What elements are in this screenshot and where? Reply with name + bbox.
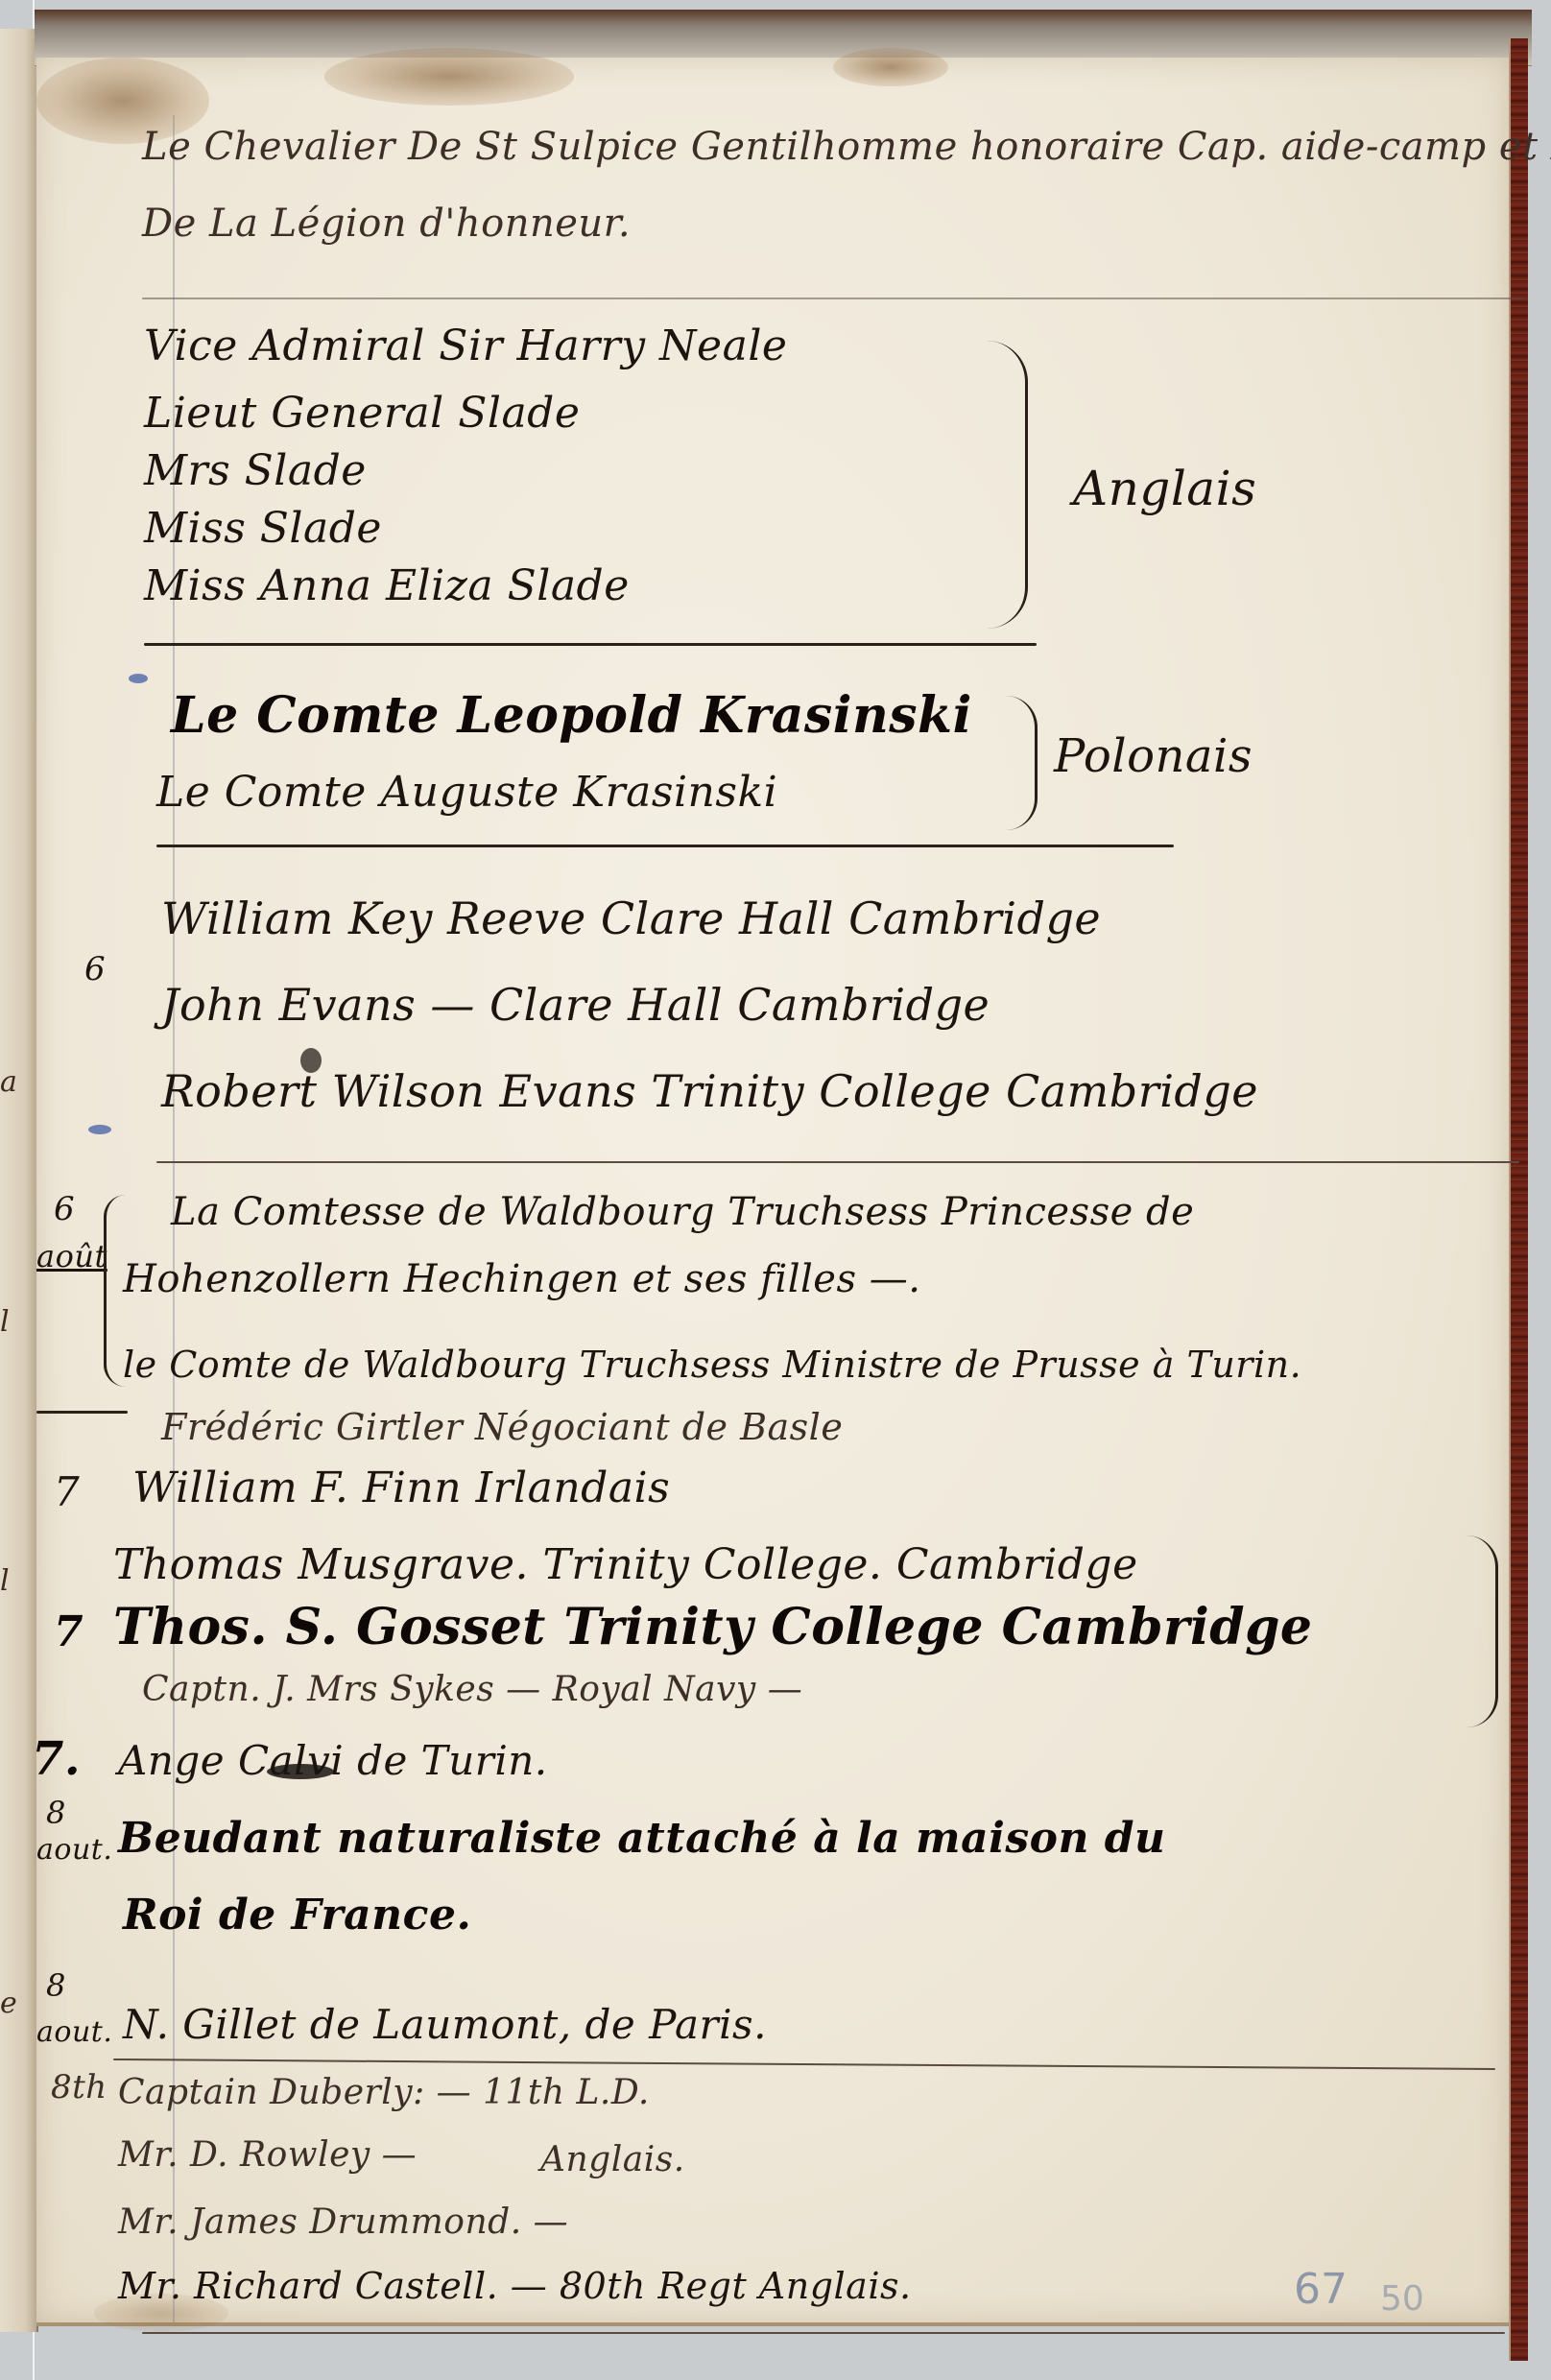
divider [142, 297, 1524, 299]
manuscript-page: Le Chevalier De St Sulpice Gentilhomme h… [36, 58, 1509, 2326]
facing-page-fragment: l [0, 1305, 10, 1339]
entry-date: 6 [84, 950, 106, 988]
nationality-label: Anglais [1073, 461, 1256, 516]
divider [142, 2332, 1505, 2334]
ink-blot [267, 1764, 334, 1779]
guest-entry: Captn. J. Mrs Sykes — Royal Navy — [142, 1670, 802, 1709]
facing-page-fragment: e [0, 1987, 17, 2020]
header-line-2: De La Légion d'honneur. [142, 202, 631, 246]
guest-entry: William F. Finn Irlandais [132, 1464, 670, 1512]
guest-name: Lieut General Slade [144, 389, 580, 438]
entry-date: 7 [54, 1468, 80, 1515]
header-line-1: Le Chevalier De St Sulpice Gentilhomme h… [142, 125, 1551, 169]
guest-entry: Thos. S. Gosset Trinity College Cambridg… [113, 1598, 1313, 1656]
guest-entry: Mr. Richard Castell. — 80th Regt Anglais… [118, 2265, 912, 2307]
guest-entry: Mr. D. Rowley — [118, 2135, 417, 2175]
divider [144, 643, 1037, 646]
guest-entry: le Comte de Waldbourg Truchsess Ministre… [123, 1344, 1301, 1386]
entry-month: août [36, 1238, 107, 1274]
facing-page-edge: a l l e [0, 29, 38, 2332]
entry-date: 7 [54, 1607, 84, 1656]
entry-month: aout. [36, 1833, 112, 1867]
divider [36, 1411, 128, 1414]
guest-entry: Robert Wilson Evans Trinity College Camb… [161, 1065, 1258, 1117]
entry-date: 6 [54, 1190, 75, 1228]
entry-date: 8 [46, 1795, 66, 1831]
facing-page-fragment: l [0, 1564, 10, 1598]
guest-entry: William Key Reeve Clare Hall Cambridge [161, 892, 1101, 944]
nationality-label: Anglais. [540, 2140, 685, 2179]
guest-name: Miss Anna Eliza Slade [144, 561, 630, 610]
facing-page-fragment: a [0, 1065, 17, 1099]
guest-entry: Thomas Musgrave. Trinity College. Cambri… [113, 1540, 1138, 1589]
divider [156, 1161, 1519, 1163]
folio-number: 67 [1294, 2265, 1348, 2314]
guest-entry: La Comtesse de Waldbourg Truchsess Princ… [171, 1190, 1194, 1234]
guest-entry: John Evans — Clare Hall Cambridge [161, 979, 990, 1031]
guest-entry: Beudant naturaliste attaché à la maison … [118, 1814, 1166, 1863]
guest-entry: Captain Duberly: — 11th L.D. [118, 2073, 650, 2112]
guest-name: Miss Slade [144, 504, 382, 553]
ink-blot [300, 1048, 322, 1073]
guest-entry: Hohenzollern Hechingen et ses filles —. [123, 1257, 920, 1301]
water-stain [324, 48, 574, 106]
entry-date: 8 [46, 1967, 66, 2004]
book-spine [1509, 38, 1528, 2361]
guest-name: Le Comte Leopold Krasinski [171, 686, 972, 745]
grouping-brace [1467, 1535, 1498, 1727]
guest-entry-cont: Roi de France. [123, 1891, 471, 1940]
divider [156, 845, 1174, 847]
water-stain [833, 48, 948, 86]
guest-name: Le Comte Auguste Krasinski [156, 768, 777, 817]
entry-month: aout. [36, 2015, 112, 2049]
guest-entry: Mr. James Drummond. — [118, 2202, 568, 2242]
guest-entry: Ange Calvi de Turin. [118, 1737, 548, 1784]
ink-speck [88, 1125, 111, 1134]
guest-name: Vice Admiral Sir Harry Neale [144, 321, 787, 370]
guest-name: Mrs Slade [144, 446, 367, 495]
nationality-label: Polonais [1054, 729, 1253, 783]
ink-speck [129, 674, 148, 683]
entry-date: 8th [51, 2068, 107, 2106]
divider [113, 2059, 1495, 2070]
entry-date: 7. [32, 1732, 81, 1786]
guest-entry: N. Gillet de Laumont, de Paris. [123, 2001, 767, 2048]
folio-number-alt: 50 [1380, 2279, 1424, 2319]
grouping-brace [987, 341, 1028, 629]
guest-entry: Frédéric Girtler Négociant de Basle [161, 1406, 843, 1448]
grouping-brace [1006, 696, 1038, 830]
